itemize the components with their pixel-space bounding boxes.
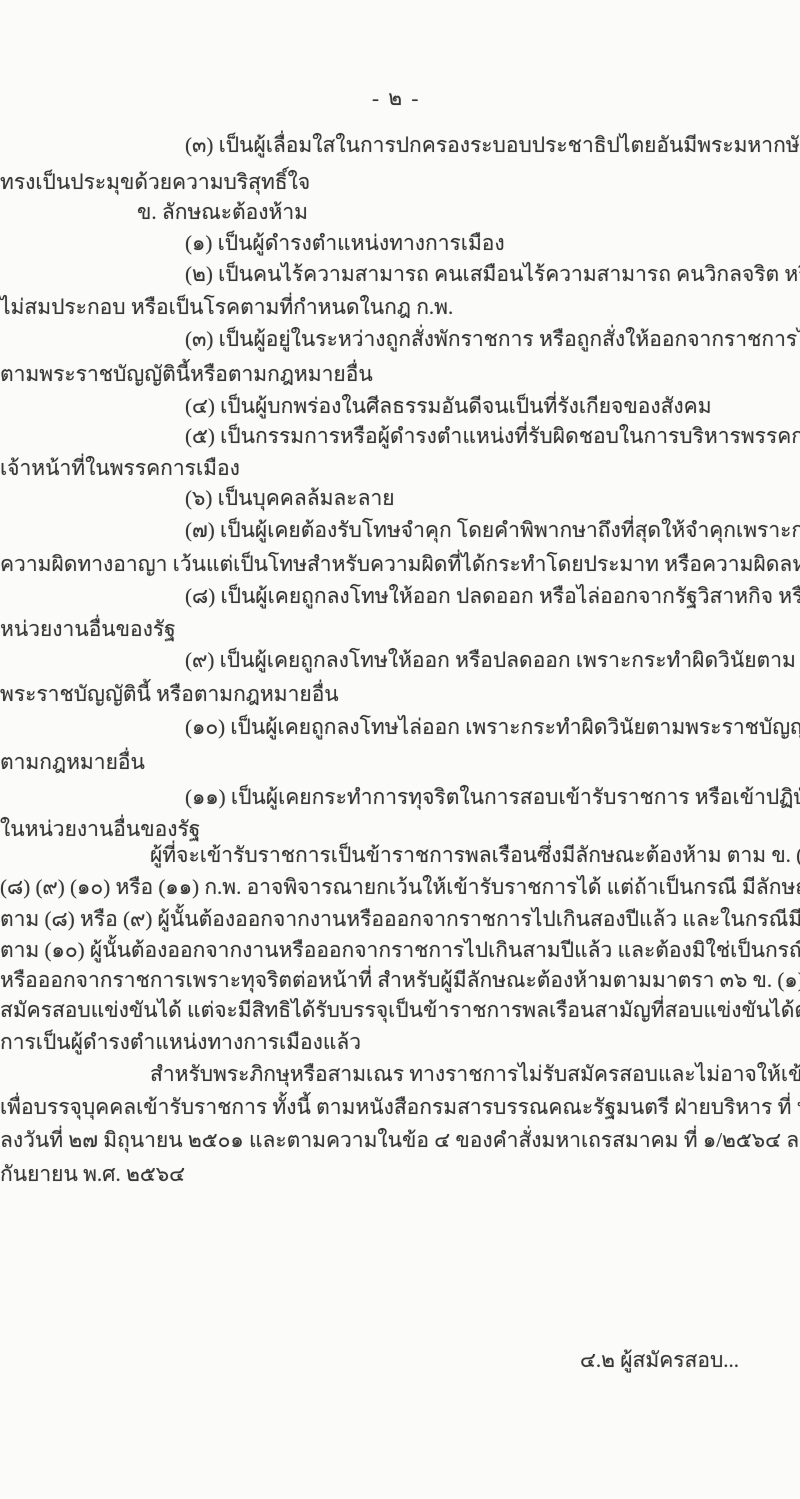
paragraph-line: สมัครสอบแข่งขันได้ แต่จะมีสิทธิได้รับบรร… (0, 998, 800, 1023)
continuation-note: ๔.๒ ผู้สมัครสอบ... (580, 1348, 739, 1373)
list-item: (๖) เป็นบุคคลล้มละลาย (185, 486, 395, 511)
paragraph-line: เพื่อบรรจุบุคคลเข้ารับราชการ ทั้งนี้ ตาม… (0, 1095, 800, 1120)
document-line: เจ้าหน้าที่ในพรรคการเมือง (0, 456, 240, 481)
list-item: (๓) เป็นผู้อยู่ในระหว่างถูกสั่งพักราชการ… (185, 327, 800, 352)
paragraph-line: หรือออกจากราชการเพราะทุจริตต่อหน้าที่ สำ… (0, 968, 800, 993)
list-item: (๕) เป็นกรรมการหรือผู้ดำรงตำแหน่งที่รับผ… (185, 424, 800, 449)
section-heading: ข. ลักษณะต้องห้าม (137, 200, 308, 225)
document-line: ในหน่วยงานอื่นของรัฐ (0, 817, 200, 842)
list-item: (๔) เป็นผู้บกพร่องในศีลธรรมอันดีจนเป็นที… (185, 394, 712, 419)
scanned-document-page: - ๒ - (๓) เป็นผู้เลื่อมใสในการปกครองระบอ… (0, 0, 800, 1499)
list-item: (๑) เป็นผู้ดำรงตำแหน่งทางการเมือง (185, 231, 505, 256)
document-line: ความผิดทางอาญา เว้นแต่เป็นโทษสำหรับความผ… (0, 552, 800, 577)
paragraph-line: กันยายน พ.ศ. ๒๕๖๔ (0, 1162, 185, 1187)
list-item: (๙) เป็นผู้เคยถูกลงโทษให้ออก หรือปลดออก … (185, 648, 796, 673)
list-item: (๑๐) เป็นผู้เคยถูกลงโทษไล่ออก เพราะกระทำ… (185, 715, 800, 740)
paragraph-line: ผู้ที่จะเข้ารับราชการเป็นข้าราชการพลเรือ… (150, 843, 800, 868)
paragraph-line: การเป็นผู้ดำรงตำแหน่งทางการเมืองแล้ว (0, 1030, 361, 1055)
document-line: ตามกฎหมายอื่น (0, 750, 145, 775)
list-item: (๘) เป็นผู้เคยถูกลงโทษให้ออก ปลดออก หรือ… (185, 584, 800, 609)
list-item: (๑๑) เป็นผู้เคยกระทำการทุจริตในการสอบเข้… (185, 785, 800, 810)
paragraph-line: ลงวันที่ ๒๗ มิถุนายน ๒๕๐๑ และตามความในข้… (0, 1128, 800, 1153)
document-line: ไม่สมประกอบ หรือเป็นโรคตามที่กำหนดในกฎ ก… (0, 295, 453, 320)
page-number: - ๒ - (372, 86, 420, 111)
paragraph-line: (๘) (๙) (๑๐) หรือ (๑๑) ก.พ. อาจพิจารณายก… (0, 875, 800, 900)
document-line: (๓) เป็นผู้เลื่อมใสในการปกครองระบอบประชา… (185, 133, 800, 158)
document-line: พระราชบัญญัตินี้ หรือตามกฎหมายอื่น (0, 682, 339, 707)
list-item: (๒) เป็นคนไร้ความสามารถ คนเสมือนไร้ความส… (185, 262, 800, 287)
document-line: ตามพระราชบัญญัตินี้หรือตามกฎหมายอื่น (0, 362, 373, 387)
document-line: หน่วยงานอื่นของรัฐ (0, 617, 176, 642)
document-line: ทรงเป็นประมุขด้วยความบริสุทธิ์ใจ (0, 170, 310, 195)
paragraph-line: สำหรับพระภิกษุหรือสามเณร ทางราชการไม่รับ… (150, 1062, 800, 1087)
paragraph-line: ตาม (๘) หรือ (๙) ผู้นั้นต้องออกจากงานหรื… (0, 907, 800, 932)
paragraph-line: ตาม (๑๐) ผู้นั้นต้องออกจากงานหรือออกจากร… (0, 938, 800, 963)
list-item: (๗) เป็นผู้เคยต้องรับโทษจำคุก โดยคำพิพาก… (185, 518, 800, 543)
